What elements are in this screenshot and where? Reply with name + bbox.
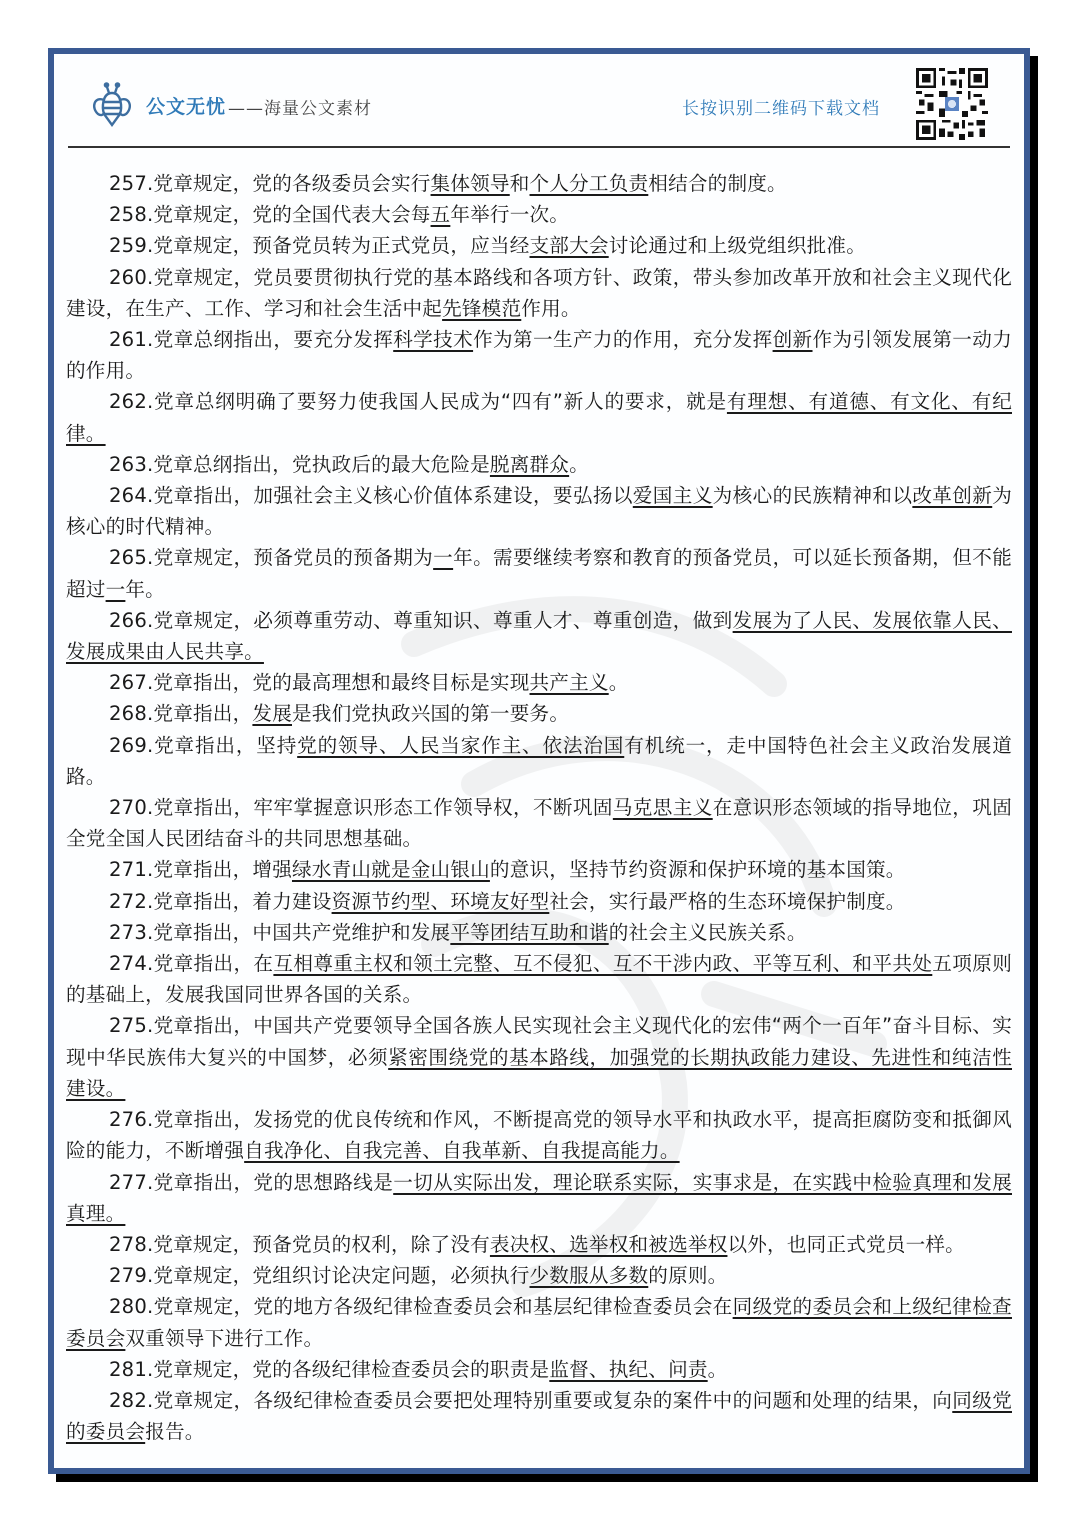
item-text: 。 <box>569 453 589 476</box>
answer-underlined: 个人分工负责 <box>530 172 649 195</box>
answer-underlined: 支部大会 <box>530 234 609 257</box>
item-text: 281.党章规定，党的各级纪律检查委员会的职责是 <box>109 1358 549 1381</box>
item-text: 作为第一生产力的作用，充分发挥 <box>473 328 773 351</box>
item-text: 270.党章指出，牢牢掌握意识形态工作领导权，不断巩固 <box>109 796 613 819</box>
list-item-275: 275.党章指出，中国共产党要领导全国各族人民实现社会主义现代化的宏伟“两个一百… <box>66 1010 1012 1104</box>
item-text: 和 <box>510 172 530 195</box>
bee-icon <box>90 78 134 130</box>
item-text: 以外，也同正式党员一样。 <box>727 1233 965 1256</box>
list-item-282: 282.党章规定，各级纪律检查委员会要把处理特别重要或复杂的案件中的问题和处理的… <box>66 1385 1012 1447</box>
list-item-260: 260.党章规定，党员要贯彻执行党的基本路线和各项方针、政策，带头参加改革开放和… <box>66 262 1012 324</box>
item-text: 262.党章总纲明确了要努力使我国人民成为“四有”新人的要求，就是 <box>109 390 727 413</box>
list-item-281: 281.党章规定，党的各级纪律检查委员会的职责是监督、执纪、问责。 <box>66 1354 1012 1385</box>
answer-underlined: 脱离群众 <box>490 453 569 476</box>
item-text: 。 <box>609 671 629 694</box>
item-text: 273.党章指出，中国共产党维护和发展 <box>109 921 450 944</box>
list-item-276: 276.党章指出，发扬党的优良传统和作风，不断提高党的领导水平和执政水平，提高拒… <box>66 1104 1012 1166</box>
item-text: 271.党章指出，增强 <box>109 858 292 881</box>
answer-underlined: 一 <box>106 578 126 601</box>
list-item-257: 257.党章规定，党的各级委员会实行集体领导和个人分工负责相结合的制度。 <box>66 168 1012 199</box>
document-body: 257.党章规定，党的各级委员会实行集体领导和个人分工负责相结合的制度。258.… <box>66 168 1012 1447</box>
list-item-271: 271.党章指出，增强绿水青山就是金山银山的意识，坚持节约资源和保护环境的基本国… <box>66 854 1012 885</box>
item-text: 277.党章指出，党的思想路线是 <box>109 1171 393 1194</box>
item-text: 讨论通过和上级党组织批准。 <box>609 234 866 257</box>
answer-underlined: 共产主义 <box>530 671 609 694</box>
item-text: 280.党章规定，党的地方各级纪律检查委员会和基层纪律检查委员会在 <box>109 1295 733 1318</box>
item-text: 259.党章规定，预备党员转为正式党员，应当经 <box>109 234 530 257</box>
answer-underlined: 改革创新 <box>912 484 992 507</box>
item-text: 相结合的制度。 <box>648 172 787 195</box>
item-text: 264.党章指出，加强社会主义核心价值体系建设，要弘扬以 <box>109 484 633 507</box>
item-text: 的原则。 <box>648 1264 727 1287</box>
item-text: 274.党章指出，在 <box>109 952 273 975</box>
answer-underlined: 集体领导 <box>431 172 510 195</box>
list-item-258: 258.党章规定，党的全国代表大会每五年举行一次。 <box>66 199 1012 230</box>
answer-underlined: 马克思主义 <box>613 796 713 819</box>
answer-underlined: 绿水青山就是金山银山 <box>292 858 490 881</box>
brand-tagline: ——海量公文素材 <box>228 94 372 119</box>
answer-underlined: 爱国主义 <box>633 484 713 507</box>
item-text: 是我们党执政兴国的第一要务。 <box>292 702 569 725</box>
list-item-267: 267.党章指出，党的最高理想和最终目标是实现共产主义。 <box>66 667 1012 698</box>
answer-underlined: 平等团结互助和谐 <box>450 921 608 944</box>
item-text: 。 <box>708 1358 728 1381</box>
list-item-278: 278.党章规定，预备党员的权利，除了没有表决权、选举权和被选举权以外，也同正式… <box>66 1229 1012 1260</box>
item-text: 265.党章规定，预备党员的预备期为 <box>109 546 433 569</box>
item-text: 278.党章规定，预备党员的权利，除了没有 <box>109 1233 490 1256</box>
list-item-273: 273.党章指出，中国共产党维护和发展平等团结互助和谐的社会主义民族关系。 <box>66 917 1012 948</box>
list-item-279: 279.党章规定，党组织讨论决定问题，必须执行少数服从多数的原则。 <box>66 1260 1012 1291</box>
document-frame: 公文无忧 ——海量公文素材 长按识别二维码下载文档 <box>48 48 1030 1474</box>
qr-download-hint: 长按识别二维码下载文档 <box>682 94 880 119</box>
answer-underlined: 资源节约型、环境友好型 <box>332 890 550 913</box>
list-item-264: 264.党章指出，加强社会主义核心价值体系建设，要弘扬以爱国主义为核心的民族精神… <box>66 480 1012 542</box>
list-item-269: 269.党章指出，坚持党的领导、人民当家作主、依法治国有机统一，走中国特色社会主… <box>66 730 1012 792</box>
item-text: 257.党章规定，党的各级委员会实行 <box>109 172 431 195</box>
item-text: 268.党章指出， <box>109 702 252 725</box>
item-text: 267.党章指出，党的最高理想和最终目标是实现 <box>109 671 530 694</box>
answer-underlined: 自我净化、自我完善、自我革新、自我提高能力。 <box>244 1139 679 1162</box>
list-item-263: 263.党章总纲指出，党执政后的最大危险是脱离群众。 <box>66 449 1012 480</box>
document-header: 公文无忧 ——海量公文素材 长按识别二维码下载文档 <box>68 54 1010 148</box>
answer-underlined: 一 <box>433 546 453 569</box>
list-item-272: 272.党章指出，着力建设资源节约型、环境友好型社会，实行最严格的生态环境保护制… <box>66 886 1012 917</box>
answer-underlined: 少数服从多数 <box>530 1264 649 1287</box>
answer-underlined: 发展 <box>252 702 292 725</box>
answer-underlined: 先锋模范 <box>442 297 521 320</box>
list-item-274: 274.党章指出，在互相尊重主权和领土完整、互不侵犯、互不干涉内政、平等互利、和… <box>66 948 1012 1010</box>
answer-underlined: 五 <box>431 203 451 226</box>
item-text: 为核心的民族精神和以 <box>713 484 913 507</box>
item-text: 双重领导下进行工作。 <box>125 1327 323 1350</box>
item-text: 272.党章指出，着力建设 <box>109 890 332 913</box>
item-text: 的社会主义民族关系。 <box>609 921 807 944</box>
brand-name: 公文无忧 <box>146 92 226 119</box>
item-text: 年举行一次。 <box>450 203 569 226</box>
list-item-277: 277.党章指出，党的思想路线是一切从实际出发，理论联系实际，实事求是，在实践中… <box>66 1167 1012 1229</box>
answer-underlined: 党的领导、人民当家作主、依法治国 <box>297 734 624 757</box>
item-text: 的意识，坚持节约资源和保护环境的基本国策。 <box>490 858 906 881</box>
item-text: 258.党章规定，党的全国代表大会每 <box>109 203 431 226</box>
item-text: 269.党章指出，坚持 <box>109 734 297 757</box>
item-text: 279.党章规定，党组织讨论决定问题，必须执行 <box>109 1264 530 1287</box>
list-item-280: 280.党章规定，党的地方各级纪律检查委员会和基层纪律检查委员会在同级党的委员会… <box>66 1291 1012 1353</box>
answer-underlined: 创新 <box>773 328 813 351</box>
item-text: 作用。 <box>521 297 580 320</box>
list-item-266: 266.党章规定，必须尊重劳动、尊重知识、尊重人才、尊重创造，做到发展为了人民、… <box>66 605 1012 667</box>
item-text: 266.党章规定，必须尊重劳动、尊重知识、尊重人才、尊重创造，做到 <box>109 609 733 632</box>
list-item-262: 262.党章总纲明确了要努力使我国人民成为“四有”新人的要求，就是有理想、有道德… <box>66 386 1012 448</box>
list-item-265: 265.党章规定，预备党员的预备期为一年。需要继续考察和教育的预备党员，可以延长… <box>66 542 1012 604</box>
item-text: 社会，实行最严格的生态环境保护制度。 <box>549 890 905 913</box>
item-text: 报告。 <box>145 1420 204 1443</box>
qr-code-icon[interactable] <box>916 68 988 140</box>
answer-underlined: 互相尊重主权和领土完整、互不侵犯、互不干涉内政、平等互利、和平共处 <box>273 952 932 975</box>
item-text: 年。 <box>125 578 165 601</box>
answer-underlined: 表决权、选举权和被选举权 <box>490 1233 728 1256</box>
answer-underlined: 监督、执纪、问责 <box>549 1358 707 1381</box>
list-item-261: 261.党章总纲指出，要充分发挥科学技术作为第一生产力的作用，充分发挥创新作为引… <box>66 324 1012 386</box>
item-text: 282.党章规定，各级纪律检查委员会要把处理特别重要或复杂的案件中的问题和处理的… <box>109 1389 952 1412</box>
list-item-268: 268.党章指出，发展是我们党执政兴国的第一要务。 <box>66 698 1012 729</box>
answer-underlined: 科学技术 <box>393 328 473 351</box>
item-text: 261.党章总纲指出，要充分发挥 <box>109 328 393 351</box>
item-text: 263.党章总纲指出，党执政后的最大危险是 <box>109 453 490 476</box>
list-item-259: 259.党章规定，预备党员转为正式党员，应当经支部大会讨论通过和上级党组织批准。 <box>66 230 1012 261</box>
list-item-270: 270.党章指出，牢牢掌握意识形态工作领导权，不断巩固马克思主义在意识形态领域的… <box>66 792 1012 854</box>
